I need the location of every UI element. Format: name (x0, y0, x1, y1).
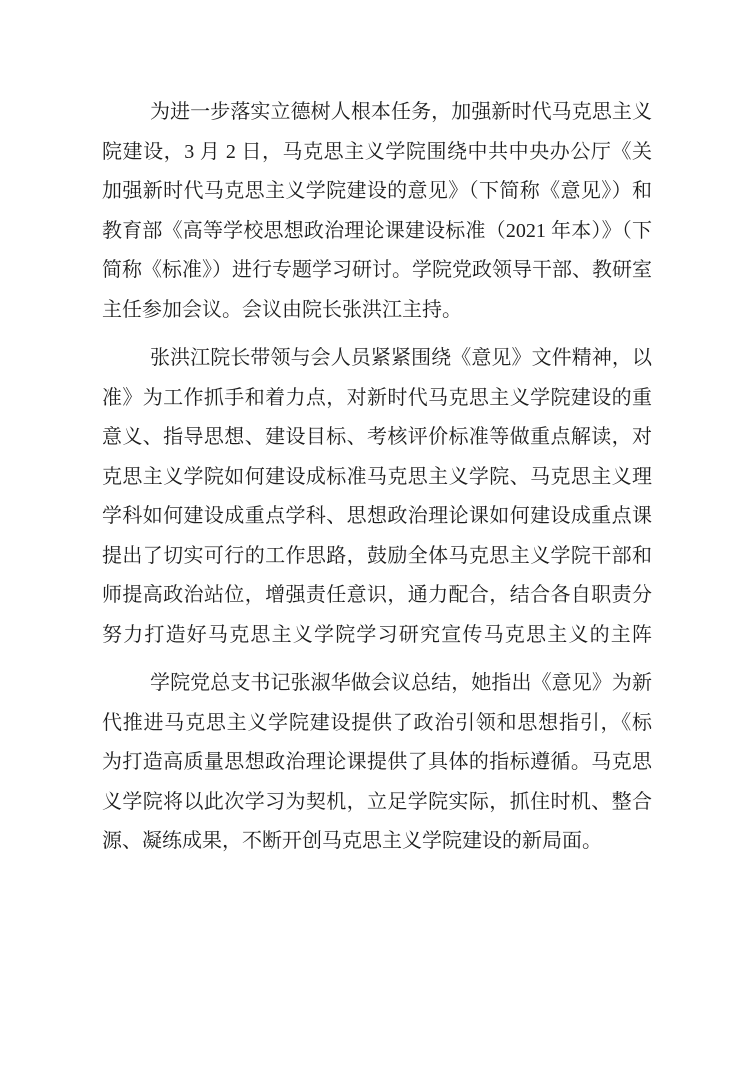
text-line: 准》为工作抓手和着力点，对新时代马克思主义学院建设的重要 (102, 379, 652, 419)
text-line: 简称《标准》）进行专题学习研讨。学院党政领导干部、教研室 (102, 251, 652, 291)
text-line: 教育部《高等学校思想政治理论课建设标准（2021 年本）》（下 (102, 212, 652, 252)
paragraph-3: 学院党总支书记张淑华做会议总结，她指出《意见》为新时代推进马克思主义学院建设提供… (102, 664, 652, 862)
text-line: 意义、指导思想、建设目标、考核评价标准等做重点解读，对马 (102, 418, 652, 458)
document-text-block: 为进一步落实立德树人根本任务，加强新时代马克思主义学院建设，3 月 2 日，马克… (102, 93, 652, 862)
text-line: 师提高政治站位，增强责任意识，通力配合，结合各自职责分工， (102, 576, 652, 616)
paragraph-1: 为进一步落实立德树人根本任务，加强新时代马克思主义学院建设，3 月 2 日，马克… (102, 93, 652, 330)
text-line: 提出了切实可行的工作思路，鼓励全体马克思主义学院干部和教 (102, 537, 652, 577)
text-line: 源、凝练成果，不断开创马克思主义学院建设的新局面。 (102, 822, 652, 862)
text-line: 学院党总支书记张淑华做会议总结，她指出《意见》为新时 (102, 664, 652, 704)
text-line: 义学院将以此次学习为契机，立足学院实际，抓住时机、整合资 (102, 783, 652, 823)
text-line: 代推进马克思主义学院建设提供了政治引领和思想指引，《标准》 (102, 704, 652, 744)
paragraph-2: 张洪江院长带领与会人员紧紧围绕《意见》文件精神，以《标准》为工作抓手和着力点，对… (102, 339, 652, 655)
text-line: 克思主义学院如何建设成标准马克思主义学院、马克思主义理论 (102, 458, 652, 498)
text-line: 院建设，3 月 2 日，马克思主义学院围绕中共中央办公厅《关于 (102, 133, 652, 173)
text-line: 为进一步落实立德树人根本任务，加强新时代马克思主义学 (102, 93, 652, 133)
document-page: 为进一步落实立德树人根本任务，加强新时代马克思主义学院建设，3 月 2 日，马克… (0, 0, 756, 1070)
text-line: 主任参加会议。会议由院长张洪江主持。 (102, 291, 652, 331)
text-line: 加强新时代马克思主义学院建设的意见》（下简称《意见》）和 (102, 172, 652, 212)
text-line: 学科如何建设成重点学科、思想政治理论课如何建设成重点课程 (102, 497, 652, 537)
text-line: 张洪江院长带领与会人员紧紧围绕《意见》文件精神，以《标 (102, 339, 652, 379)
text-line: 为打造高质量思想政治理论课提供了具体的指标遵循。马克思主 (102, 743, 652, 783)
text-line: 努力打造好马克思主义学院学习研究宣传马克思主义的主阵地。 (102, 616, 652, 656)
